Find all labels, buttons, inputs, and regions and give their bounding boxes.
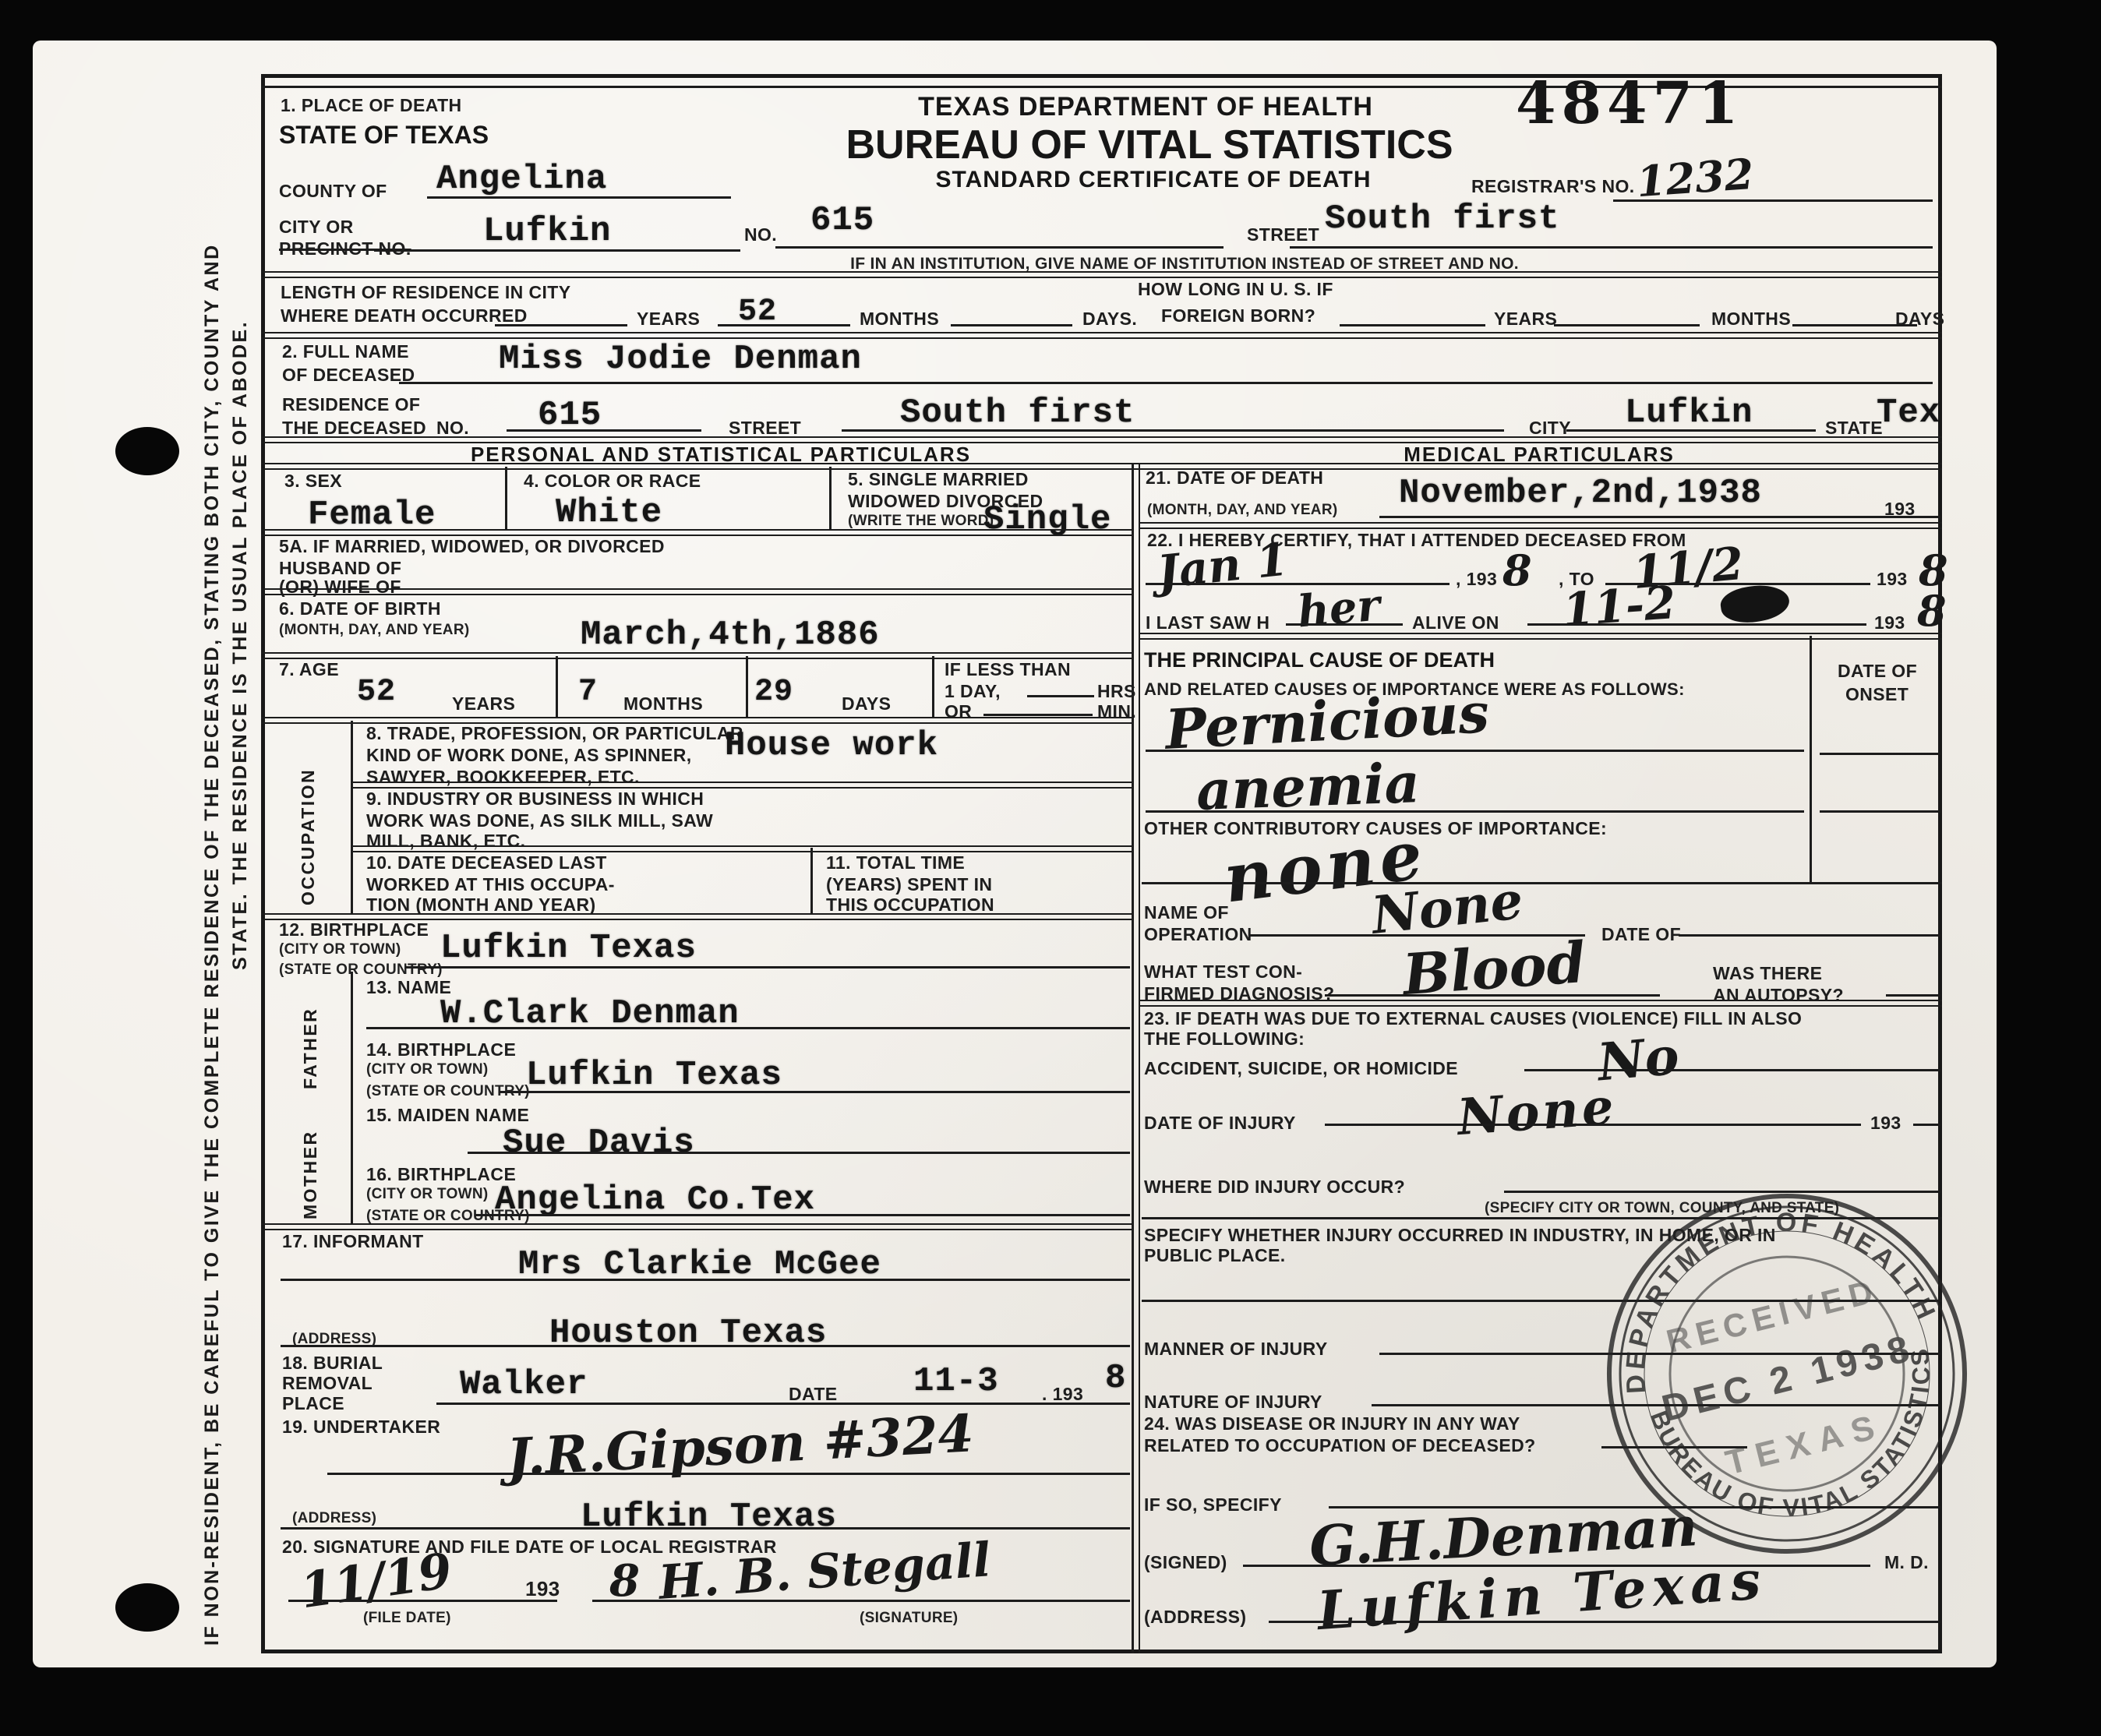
- res-len-rule2: [718, 324, 850, 326]
- attended-from-rule: [1146, 583, 1450, 585]
- marital-label-3: (WRITE THE WORD): [848, 513, 994, 531]
- us-rule1: [1340, 324, 1485, 326]
- related-label-2: RELATED TO OCCUPATION OF DECEASED?: [1144, 1435, 1536, 1457]
- res-len-rule3: [951, 324, 1072, 326]
- operation-label-1: NAME OF: [1144, 902, 1229, 924]
- trade-label-1: 8. TRADE, PROFESSION, OR PARTICULAR: [366, 723, 743, 745]
- alive-on-hand: 11-2: [1561, 576, 1678, 637]
- res-len-rule1: [495, 324, 627, 326]
- physician-address-rule: [1269, 1621, 1940, 1623]
- alive-on-rule: [1527, 623, 1866, 626]
- row14-rule: [499, 1091, 1130, 1093]
- year3-printed: 193: [1874, 612, 1905, 634]
- age-divider-3: [932, 656, 934, 717]
- injury-year-rule: [1913, 1124, 1940, 1126]
- signature-rule: [592, 1600, 1130, 1602]
- accident-rule: [1524, 1069, 1940, 1071]
- age-less-label-1: IF LESS THAN: [945, 659, 1071, 681]
- cause-rule-2: [1146, 810, 1804, 813]
- row9-divider: [351, 845, 1132, 852]
- manner-label: MANNER OF INJURY: [1144, 1339, 1328, 1360]
- burial-date-value: 11-3: [913, 1362, 999, 1401]
- age-hrs-rule: [1027, 695, 1094, 697]
- county-label: COUNTY OF: [279, 181, 387, 203]
- res-len-months-label: MONTHS: [860, 309, 939, 330]
- state-of-texas-label: STATE OF TEXAS: [279, 121, 489, 150]
- age-less-label-2: 1 DAY,: [945, 681, 1001, 703]
- dod-label: 21. DATE OF DEATH: [1146, 468, 1323, 489]
- mother-bp-sub1: (CITY OR TOWN): [366, 1186, 489, 1204]
- informant-label: 17. INFORMANT: [282, 1231, 424, 1253]
- autopsy-rule: [1886, 994, 1940, 997]
- onset-rule-2: [1820, 810, 1940, 813]
- row13-rule: [366, 1027, 1130, 1029]
- onset-label-1: DATE OF: [1838, 661, 1917, 683]
- age-months-value: 7: [578, 675, 598, 710]
- test-divider: [1139, 1000, 1942, 1007]
- res-len-years-label: YEARS: [637, 309, 700, 330]
- dob-sublabel: (MONTH, DAY, AND YEAR): [279, 622, 469, 640]
- registrar-year-printed: 193: [525, 1577, 560, 1601]
- city-or-label: CITY OR: [279, 217, 354, 238]
- sex-race-divider: [505, 467, 507, 529]
- row15-rule: [468, 1152, 1130, 1154]
- street-rule: [1290, 246, 1933, 249]
- row8-divider: [351, 782, 1132, 789]
- test-rule: [1325, 994, 1660, 997]
- informant-rule: [281, 1279, 1130, 1281]
- file-date-rule: [288, 1600, 557, 1602]
- burial-year-typed: 8: [1105, 1359, 1126, 1398]
- file-date-caption: (FILE DATE): [363, 1610, 451, 1628]
- us-rule2: [1554, 324, 1700, 326]
- residence-city-rule: [1566, 429, 1816, 432]
- row16-divider: [261, 1223, 1132, 1230]
- us-years-label: YEARS: [1494, 309, 1557, 330]
- alive-on-label: ALIVE ON: [1412, 612, 1499, 634]
- marital-label-1: 5. SINGLE MARRIED: [848, 469, 1029, 491]
- column-divider-a: [1132, 463, 1134, 1653]
- last-saw-hand: her: [1295, 580, 1382, 638]
- accident-label: ACCIDENT, SUICIDE, OR HOMICIDE: [1144, 1058, 1458, 1080]
- total-time-label-2: (YEARS) SPENT IN: [826, 874, 992, 896]
- hole-punch-top: [115, 427, 179, 475]
- mother-side-label: MOTHER: [300, 1103, 321, 1219]
- signed-label: (SIGNED): [1144, 1552, 1227, 1574]
- undertaker-label: 19. UNDERTAKER: [282, 1417, 440, 1438]
- undertaker-rule: [327, 1473, 1130, 1475]
- city-value: Lufkin: [483, 212, 611, 251]
- burial-label-3: PLACE: [282, 1393, 344, 1415]
- row5a-divider: [261, 588, 1132, 595]
- registrar-no-value: 1232: [1635, 149, 1755, 206]
- residence-street-rule: [842, 429, 1504, 432]
- birthplace-sub1: (CITY OR TOWN): [279, 941, 401, 959]
- if-so-label: IF SO, SPECIFY: [1144, 1494, 1282, 1516]
- autopsy-label-1: WAS THERE: [1713, 963, 1822, 985]
- row16-rule: [475, 1214, 1130, 1216]
- cert-title: STANDARD CERTIFICATE OF DEATH: [888, 167, 1418, 193]
- full-name-label-1: 2. FULL NAME: [282, 341, 409, 363]
- res-len-days-label: DAYS.: [1082, 309, 1137, 330]
- physician-address-label: (ADDRESS): [1144, 1607, 1246, 1628]
- age-years-value: 52: [357, 675, 396, 710]
- certificate-number: 48471: [1516, 70, 1743, 137]
- burial-rule: [436, 1403, 1130, 1405]
- age-days-value: 29: [754, 675, 793, 710]
- total-time-label-1: 11. TOTAL TIME: [826, 852, 965, 874]
- trade-label-2: KIND OF WORK DONE, AS SPINNER,: [366, 745, 692, 767]
- full-name-rule: [399, 382, 1933, 384]
- external-label-2: THE FOLLOWING:: [1144, 1029, 1305, 1050]
- undertaker-address-rule: [281, 1527, 1130, 1530]
- dept-title: TEXAS DEPARTMENT OF HEALTH: [873, 92, 1418, 122]
- received-stamp: DEPARTMENT OF HEALTH BUREAU OF VITAL STA…: [1596, 1183, 1978, 1565]
- dod-sublabel: (MONTH, DAY, AND YEAR): [1147, 502, 1337, 520]
- residence-city-value: Lufkin: [1625, 393, 1753, 432]
- dod-value: November,2nd,1938: [1399, 474, 1762, 513]
- residence-no-rule: [507, 429, 701, 432]
- test-label-1: WHAT TEST CON-: [1144, 962, 1302, 983]
- dob-value: March,4th,1886: [581, 616, 880, 655]
- father-bp-sub1: (CITY OR TOWN): [366, 1061, 489, 1079]
- injury-date-rule: [1325, 1124, 1861, 1126]
- last-worked-label-1: 10. DATE DECEASED LAST: [366, 852, 607, 874]
- street-no-value: 615: [810, 201, 874, 240]
- race-label: 4. COLOR OR RACE: [524, 471, 701, 492]
- injury-year-printed: 193: [1870, 1113, 1901, 1134]
- full-name-label-2: OF DECEASED: [282, 365, 415, 386]
- father-name-label: 13. NAME: [366, 977, 451, 999]
- burial-label-2: REMOVAL: [282, 1373, 373, 1395]
- row22-divider: [1139, 633, 1942, 640]
- us-days-label: DAYS: [1895, 309, 1944, 330]
- related-label-1: 24. WAS DISEASE OR INJURY IN ANY WAY: [1144, 1413, 1520, 1435]
- birthplace-value: Lufkin Texas: [440, 929, 697, 968]
- year1-printed: , 193: [1456, 569, 1497, 591]
- column-divider-b: [1139, 463, 1140, 1653]
- father-side-label: FATHER: [300, 976, 321, 1089]
- residence-street-value: South first: [900, 393, 1135, 432]
- injury-date-hand: None: [1456, 1078, 1619, 1147]
- operation-rule-2: [1679, 934, 1940, 937]
- trade-value: House work: [725, 726, 938, 765]
- parent-strip-divider: [351, 972, 353, 1225]
- dod-rule: [1379, 516, 1940, 518]
- father-bp-label: 14. BIRTHPLACE: [366, 1039, 516, 1061]
- married-label-1: 5A. IF MARRIED, WIDOWED, OR DIVORCED: [279, 536, 665, 558]
- row6-divider: [261, 652, 1132, 659]
- last-saw-rule: [1286, 623, 1403, 626]
- age-months-label: MONTHS: [623, 693, 703, 715]
- age-divider-2: [746, 656, 748, 717]
- city-rule: [374, 249, 740, 252]
- place-of-death-label: 1. PLACE OF DEATH: [281, 95, 462, 117]
- cause-rule-1: [1146, 750, 1804, 752]
- header-divider: [261, 271, 1942, 278]
- county-value: Angelina: [436, 160, 607, 199]
- age-min-rule: [983, 714, 1093, 716]
- margin-note-line2: STATE. THE RESIDENCE IS THE USUAL PLACE …: [229, 238, 252, 970]
- burial-place-value: Walker: [460, 1365, 588, 1404]
- injury-date-label: DATE OF INJURY: [1144, 1113, 1296, 1134]
- row12-rule: [405, 966, 1130, 969]
- full-name-value: Miss Jodie Denman: [499, 340, 862, 379]
- residence-label-1: RESIDENCE OF: [282, 394, 420, 416]
- undertaker-address-value: Lufkin Texas: [581, 1498, 837, 1537]
- certificate-scan: IF NON-RESIDENT, BE CAREFUL TO GIVE THE …: [0, 0, 2101, 1736]
- age-hrs-label: HRS: [1097, 681, 1136, 703]
- last-worked-label-2: WORKED AT THIS OCCUPA-: [366, 874, 615, 896]
- residence-length-label-2: WHERE DEATH OCCURRED: [281, 305, 528, 327]
- dob-label: 6. DATE OF BIRTH: [279, 598, 441, 620]
- race-value: White: [556, 493, 662, 532]
- street-value: South first: [1325, 199, 1559, 238]
- father-bp-value: Lufkin Texas: [526, 1056, 782, 1095]
- last-saw-label: I LAST SAW H: [1146, 612, 1269, 634]
- operation-label-2: OPERATION: [1144, 924, 1252, 946]
- birthplace-label: 12. BIRTHPLACE: [279, 919, 429, 941]
- specify-label-2: PUBLIC PLACE.: [1144, 1245, 1286, 1267]
- onset-divider: [1810, 636, 1812, 883]
- nature-label: NATURE OF INJURY: [1144, 1392, 1322, 1413]
- operation-date-label: DATE OF: [1601, 924, 1681, 946]
- hole-punch-bottom: [115, 1583, 179, 1632]
- onset-label-2: ONSET: [1845, 684, 1909, 706]
- sex-label: 3. SEX: [284, 471, 342, 492]
- row1011-divider: [810, 848, 813, 913]
- registrar-no-label: REGISTRAR'S NO.: [1471, 176, 1635, 198]
- street-label: STREET: [1247, 224, 1319, 246]
- row21-divider: [1139, 522, 1942, 529]
- mother-bp-label: 16. BIRTHPLACE: [366, 1164, 516, 1186]
- age-divider-1: [556, 656, 558, 717]
- street-no-label: NO.: [744, 224, 777, 246]
- street-no-rule: [775, 246, 1224, 249]
- race-marital-divider: [829, 467, 832, 529]
- residence-length-label-1: LENGTH OF RESIDENCE IN CITY: [281, 282, 570, 304]
- us-length-label-1: HOW LONG IN U. S. IF: [1138, 279, 1333, 301]
- county-rule: [427, 196, 731, 199]
- industry-label-1: 9. INDUSTRY OR BUSINESS IN WHICH: [366, 789, 704, 810]
- bureau-title: BUREAU OF VITAL STATISTICS: [810, 122, 1488, 168]
- year2-printed: 193: [1877, 569, 1908, 591]
- us-length-label-2: FOREIGN BORN?: [1161, 305, 1315, 327]
- signature-caption: (SIGNATURE): [860, 1610, 958, 1628]
- row345-divider: [261, 529, 1132, 536]
- margin-note-line1: IF NON-RESIDENT, BE CAREFUL TO GIVE THE …: [201, 83, 224, 1646]
- contributory-rule: [1142, 882, 1942, 884]
- occupation-side-label: OCCUPATION: [298, 730, 319, 905]
- cause-label-1: THE PRINCIPAL CAUSE OF DEATH: [1144, 648, 1495, 672]
- age-label: 7. AGE: [279, 659, 339, 681]
- age-years-label: YEARS: [452, 693, 515, 715]
- section-header-divider: [261, 463, 1942, 470]
- res-len-divider: [261, 332, 1942, 339]
- registrar-no-rule: [1613, 199, 1933, 202]
- onset-rule-1: [1820, 753, 1940, 755]
- burial-label-1: 18. BURIAL: [282, 1353, 383, 1374]
- undertaker-address-label: (ADDRESS): [292, 1510, 376, 1528]
- year3-hand: 8: [1917, 586, 1947, 636]
- informant-address-rule: [281, 1345, 1130, 1347]
- age-days-label: DAYS: [842, 693, 891, 715]
- year1-hand: 8: [1502, 545, 1532, 595]
- mother-name-value: Sue Davis: [503, 1124, 695, 1163]
- residence-state-value: Tex: [1877, 393, 1940, 432]
- industry-label-2: WORK WAS DONE, AS SILK MILL, SAW: [366, 810, 713, 832]
- us-months-label: MONTHS: [1711, 309, 1791, 330]
- external-label-1: 23. IF DEATH WAS DUE TO EXTERNAL CAUSES …: [1144, 1008, 1802, 1030]
- where-label: WHERE DID INJURY OCCUR?: [1144, 1177, 1405, 1198]
- occupation-strip-divider: [351, 721, 353, 915]
